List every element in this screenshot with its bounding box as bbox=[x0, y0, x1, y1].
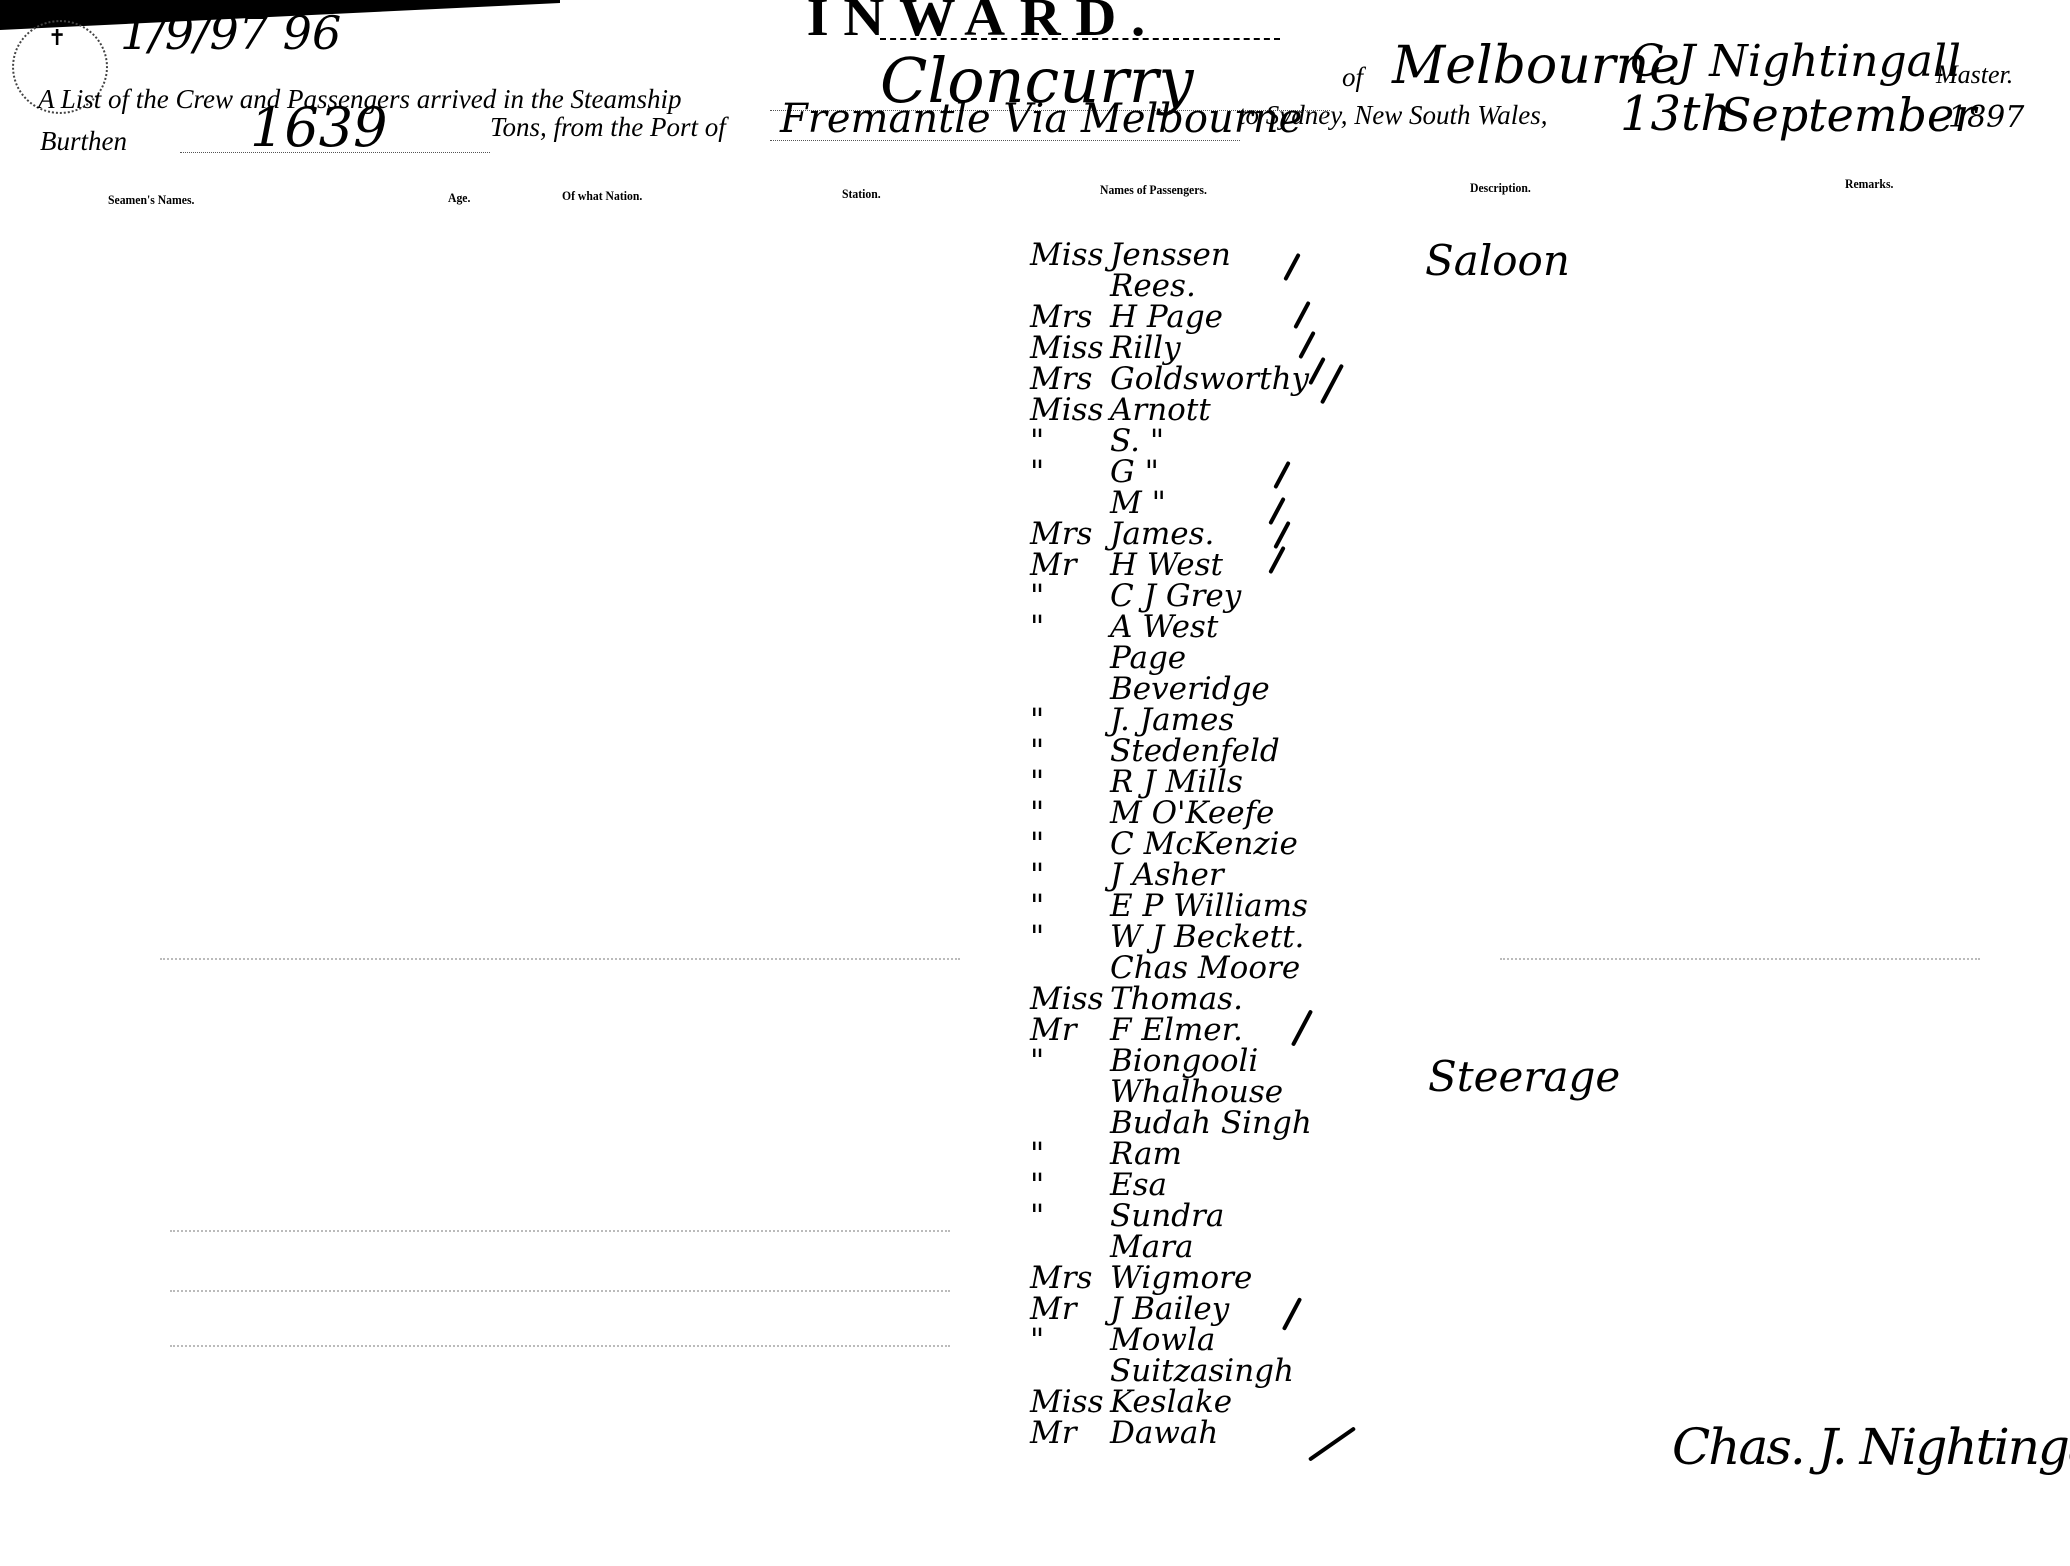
col-remarks: Remarks. bbox=[1845, 176, 1893, 192]
master-label: Master. bbox=[1936, 60, 2013, 90]
passenger-row: MrJ Bailey bbox=[1030, 1294, 1312, 1325]
passenger-row: Budah Singh bbox=[1030, 1108, 1312, 1139]
passenger-row: "A West bbox=[1030, 612, 1312, 643]
passenger-row: MissThomas. bbox=[1030, 984, 1312, 1015]
passenger-row: MissArnott bbox=[1030, 395, 1312, 426]
description-saloon: Saloon bbox=[1425, 236, 1570, 285]
tons-value: 1639 bbox=[250, 96, 387, 159]
passenger-row: Page bbox=[1030, 643, 1312, 674]
title-underline bbox=[880, 38, 1280, 40]
passenger-row: "Biongooli bbox=[1030, 1046, 1312, 1077]
of-label: of bbox=[1342, 62, 1363, 93]
passenger-row: "J Asher bbox=[1030, 860, 1312, 891]
passenger-row: "G " bbox=[1030, 457, 1312, 488]
passenger-row: Rees. bbox=[1030, 271, 1312, 302]
passenger-row: "M O'Keefe bbox=[1030, 798, 1312, 829]
col-station: Station. bbox=[842, 186, 881, 202]
passenger-row: "W J Beckett. bbox=[1030, 922, 1312, 953]
faded-ruled-line bbox=[160, 958, 960, 960]
passenger-row: "C J Grey bbox=[1030, 581, 1312, 612]
passenger-row: MrDawah bbox=[1030, 1418, 1312, 1449]
passenger-row: "R J Mills bbox=[1030, 767, 1312, 798]
faded-ruled-line bbox=[170, 1345, 950, 1347]
passenger-row: Suitzasingh bbox=[1030, 1356, 1312, 1387]
passenger-row: MrsH Page bbox=[1030, 302, 1312, 333]
from-port: Fremantle Via Melbourne bbox=[780, 96, 1302, 142]
cross-icon: ✝ bbox=[48, 26, 66, 51]
faded-ruled-line bbox=[170, 1290, 950, 1292]
faded-ruled-line bbox=[1500, 958, 1980, 960]
passenger-row: Beveridge bbox=[1030, 674, 1312, 705]
master-name: C J Nightingall bbox=[1630, 36, 1961, 87]
description-steerage: Steerage bbox=[1428, 1052, 1620, 1101]
faded-ruled-line bbox=[170, 1230, 950, 1232]
passenger-row: MissRilly bbox=[1030, 333, 1312, 364]
passenger-row: M " bbox=[1030, 488, 1312, 519]
arrival-year: 1897 bbox=[1948, 100, 2024, 135]
passenger-row: "C McKenzie bbox=[1030, 829, 1312, 860]
passenger-list: MissJenssen Rees. MrsH Page MissRilly Mr… bbox=[1030, 240, 1312, 1449]
tons-label: Tons, from the Port of bbox=[490, 112, 726, 143]
master-signature: Chas. J. Nightingall. bbox=[1672, 1418, 2070, 1476]
passenger-row: "E P Williams bbox=[1030, 891, 1312, 922]
arrival-day: 13th bbox=[1620, 86, 1731, 142]
passenger-row: MrsWigmore bbox=[1030, 1263, 1312, 1294]
col-seamen-names: Seamen's Names. bbox=[108, 192, 194, 208]
passenger-row: "Ram bbox=[1030, 1139, 1312, 1170]
passenger-row: Chas Moore bbox=[1030, 953, 1312, 984]
document-title: INWARD. bbox=[807, 0, 1160, 48]
passenger-row: MissKeslake bbox=[1030, 1387, 1312, 1418]
passenger-row: "Mowla bbox=[1030, 1325, 1312, 1356]
passenger-row: MissJenssen bbox=[1030, 240, 1312, 271]
burthen-label: Burthen bbox=[40, 126, 127, 157]
passenger-row: "Stedenfeld bbox=[1030, 736, 1312, 767]
col-passenger-names: Names of Passengers. bbox=[1100, 182, 1207, 198]
passenger-row: MrH West bbox=[1030, 550, 1312, 581]
passenger-row: MrF Elmer. bbox=[1030, 1015, 1312, 1046]
col-description: Description. bbox=[1470, 180, 1531, 196]
col-age: Age. bbox=[448, 190, 470, 206]
passenger-row: Mara bbox=[1030, 1232, 1312, 1263]
passenger-row: "S. " bbox=[1030, 426, 1312, 457]
arrival-month: September bbox=[1720, 88, 1976, 142]
passenger-row: "Sundra bbox=[1030, 1201, 1312, 1232]
reference-number: 1/9/97 96 bbox=[120, 6, 341, 60]
destination: to Sydney, New South Wales, bbox=[1238, 100, 1547, 131]
col-nation: Of what Nation. bbox=[562, 188, 642, 204]
tick-mark-icon bbox=[1308, 1426, 1356, 1461]
passenger-row: MrsGoldsworthy bbox=[1030, 364, 1312, 395]
tick-mark-icon bbox=[1320, 364, 1344, 405]
passenger-row: Whalhouse bbox=[1030, 1077, 1312, 1108]
passenger-row: "Esa bbox=[1030, 1170, 1312, 1201]
passenger-row: "J. James bbox=[1030, 705, 1312, 736]
